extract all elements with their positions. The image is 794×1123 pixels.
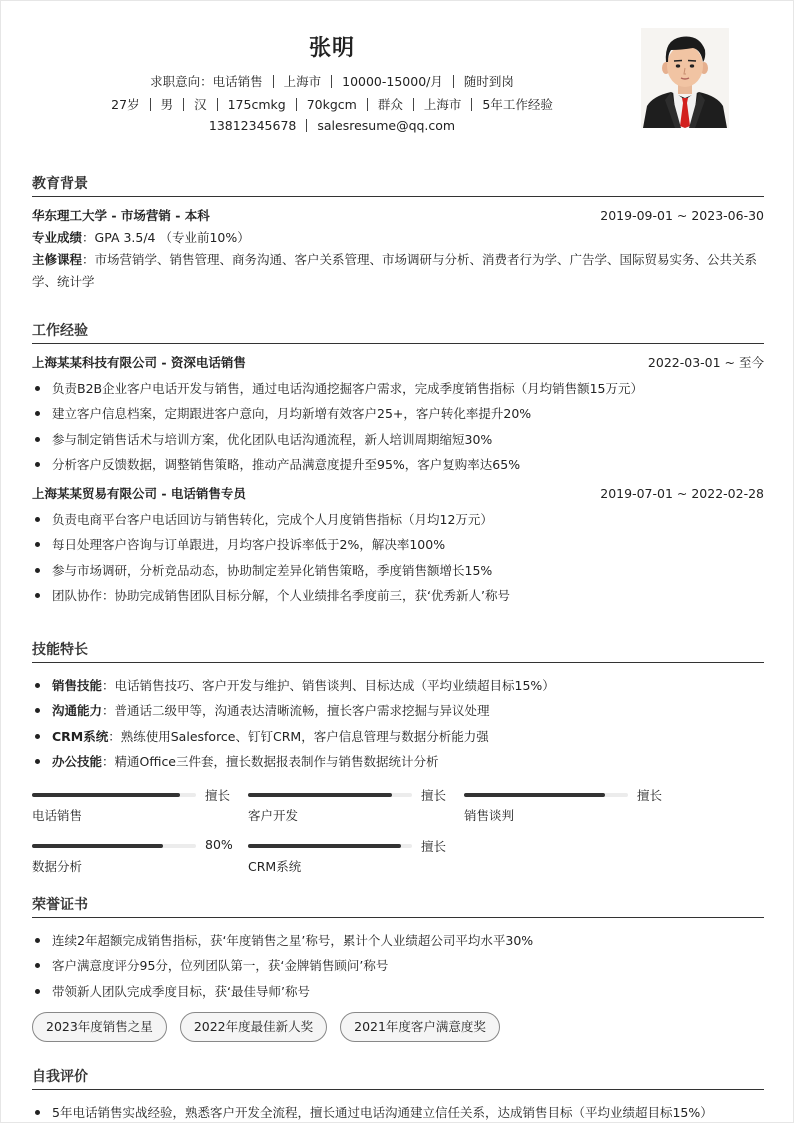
divider (217, 98, 218, 111)
divider (150, 98, 151, 111)
progress-track (32, 844, 196, 848)
divider (183, 98, 184, 111)
job-date: 2019-07-01 ~ 2022-02-28 (600, 483, 764, 505)
list-item: 销售技能：电话销售技巧、客户开发与维护、销售谈判、目标达成（平均业绩超目标15%… (32, 673, 764, 698)
job-bullets: 负责电商平台客户电话回访与销售转化，完成个人月度销售指标（月均12万元） 每日处… (32, 507, 764, 608)
experience-years: 5年工作经验 (482, 97, 552, 112)
list-item: 团队协作：协助完成销售团队目标分解，个人业绩排名季度前三，获‘优秀新人’称号 (32, 583, 764, 608)
list-item: 客户满意度评分95分，位列团队第一，获‘金牌销售顾问’称号 (32, 953, 764, 978)
skill-label: 沟通能力 (52, 703, 102, 718)
skill-name: 电话销售 (32, 806, 82, 824)
courses-line: 主修课程：市场营销学、销售管理、商务沟通、客户关系管理、市场调研与分析、消费者行… (32, 249, 764, 293)
education-entry-header: 华东理工大学 - 市场营销 - 本科 2019-09-01 ~ 2023-06-… (32, 205, 764, 227)
grade-line: 专业成绩：GPA 3.5/4 （专业前10%） (32, 227, 764, 249)
self-evaluation-section: 自我评价 5年电话销售实战经验，熟悉客户开发全流程，擅长通过电话沟通建立信任关系… (32, 1066, 764, 1123)
expected-salary: 10000-15000/月 (342, 74, 443, 89)
divider (296, 98, 297, 111)
divider (306, 119, 307, 132)
skill-label: 办公技能 (52, 754, 102, 769)
job-date: 2022-03-01 ~ 至今 (648, 352, 764, 374)
grade-label: 专业成绩 (32, 230, 82, 245)
phone-number: 13812345678 (209, 118, 296, 133)
skill-name: CRM系统 (248, 857, 301, 875)
skill-bar: 擅长 客户开发 (248, 787, 448, 829)
section-title: 工作经验 (32, 320, 764, 344)
avatar (641, 28, 729, 128)
resume-header: 张明 求职意向：电话销售上海市10000-15000/月随时到岗 27岁男汉17… (1, 1, 794, 151)
skills-section: 技能特长 销售技能：电话销售技巧、客户开发与维护、销售谈判、目标达成（平均业绩超… (32, 639, 764, 774)
weight: 70kgcm (307, 97, 357, 112)
skill-bar: 80% 数据分析 (32, 838, 232, 880)
list-item: 办公技能：精通Office三件套，擅长数据报表制作与销售数据统计分析 (32, 749, 764, 774)
company-position: 上海某某科技有限公司 - 资深电话销售 (32, 352, 246, 374)
availability: 随时到岗 (464, 74, 514, 89)
candidate-name: 张明 (1, 31, 663, 62)
ethnicity: 汉 (194, 97, 207, 112)
divider (273, 75, 274, 88)
skill-bullets: 销售技能：电话销售技巧、客户开发与维护、销售谈判、目标达成（平均业绩超目标15%… (32, 673, 764, 774)
contact-line: 13812345678salesresume@qq.com (1, 118, 663, 133)
avatar-illustration-icon (641, 28, 729, 128)
work-section: 工作经验 上海某某科技有限公司 - 资深电话销售 2022-03-01 ~ 至今… (32, 320, 764, 608)
progress-fill (32, 844, 163, 848)
list-item: 带领新人团队完成季度目标，获‘最佳导师’称号 (32, 979, 764, 1004)
skill-label: 销售技能 (52, 678, 102, 693)
skill-bar: 擅长 销售谈判 (464, 787, 664, 829)
skill-level: 80% (205, 837, 233, 852)
honors-section: 荣誉证书 连续2年超额完成销售指标，获‘年度销售之星’称号，累计个人业绩超公司平… (32, 894, 764, 1042)
skill-bar: 擅长 电话销售 (32, 787, 232, 829)
progress-fill (464, 793, 605, 797)
location: 上海市 (424, 97, 462, 112)
height: 175cmkg (228, 97, 286, 112)
progress-track (248, 793, 412, 797)
resume-page: 张明 求职意向：电话销售上海市10000-15000/月随时到岗 27岁男汉17… (0, 0, 794, 1123)
skill-name: 客户开发 (248, 806, 298, 824)
skill-level: 擅长 (421, 837, 446, 855)
honor-bullets: 连续2年超额完成销售指标，获‘年度销售之星’称号，累计个人业绩超公司平均水平30… (32, 928, 764, 1004)
skill-name: 销售谈判 (464, 806, 514, 824)
divider (413, 98, 414, 111)
email-address[interactable]: salesresume@qq.com (317, 118, 455, 133)
section-title: 荣誉证书 (32, 894, 764, 918)
list-item: 沟通能力：普通话二级甲等，沟通表达清晰流畅，擅长客户需求挖掘与异议处理 (32, 698, 764, 723)
intent-city: 上海市 (284, 74, 322, 89)
list-item: 参与制定销售话术与培训方案，优化团队电话沟通流程，新人培训周期缩短30% (32, 427, 764, 452)
political-status: 群众 (378, 97, 403, 112)
list-item: 负责电商平台客户电话回访与销售转化，完成个人月度销售指标（月均12万元） (32, 507, 764, 532)
divider (331, 75, 332, 88)
skill-text: ：电话销售技巧、客户开发与维护、销售谈判、目标达成（平均业绩超目标15%） (102, 678, 555, 693)
school-major-degree: 华东理工大学 - 市场营销 - 本科 (32, 205, 210, 227)
list-item: 参与市场调研，分析竞品动态，协助制定差异化销售策略，季度销售额增长15% (32, 558, 764, 583)
list-item: 负责B2B企业客户电话开发与销售，通过电话沟通挖掘客户需求，完成季度销售指标（月… (32, 376, 764, 401)
education-date: 2019-09-01 ~ 2023-06-30 (600, 205, 764, 227)
list-item: 连续2年超额完成销售指标，获‘年度销售之星’称号，累计个人业绩超公司平均水平30… (32, 928, 764, 953)
grade-value: ：GPA 3.5/4 （专业前10%） (82, 230, 250, 245)
section-title: 自我评价 (32, 1066, 764, 1090)
company-position: 上海某某贸易有限公司 - 电话销售专员 (32, 483, 246, 505)
list-item: 每日处理客户咨询与订单跟进，月均客户投诉率低于2%，解决率100% (32, 532, 764, 557)
section-title: 教育背景 (32, 173, 764, 197)
divider (367, 98, 368, 111)
award-badges: 2023年度销售之星 2022年度最佳新人奖 2021年度客户满意度奖 (32, 1012, 764, 1042)
skill-text: ：精通Office三件套，擅长数据报表制作与销售数据统计分析 (102, 754, 439, 769)
divider (453, 75, 454, 88)
skill-bar: 擅长 CRM系统 (248, 838, 448, 880)
skill-text: ：普通话二级甲等，沟通表达清晰流畅，擅长客户需求挖掘与异议处理 (102, 703, 490, 718)
list-item: 分析客户反馈数据，调整销售策略，推动产品满意度提升至95%，客户复购率达65% (32, 452, 764, 477)
progress-track (32, 793, 196, 797)
progress-fill (32, 793, 180, 797)
award-badge: 2023年度销售之星 (32, 1012, 167, 1042)
award-badge: 2022年度最佳新人奖 (180, 1012, 327, 1042)
skill-level: 擅长 (637, 786, 662, 804)
personal-info-line: 27岁男汉175cmkg70kgcm群众上海市5年工作经验 (1, 95, 663, 113)
list-item: CRM系统：熟练使用Salesforce、钉钉CRM，客户信息管理与数据分析能力… (32, 724, 764, 749)
progress-fill (248, 844, 401, 848)
divider (471, 98, 472, 111)
skill-level: 擅长 (421, 786, 446, 804)
progress-track (464, 793, 628, 797)
skill-label: CRM系统 (52, 729, 108, 744)
education-section: 教育背景 华东理工大学 - 市场营销 - 本科 2019-09-01 ~ 202… (32, 173, 764, 293)
gender: 男 (161, 97, 174, 112)
progress-track (248, 844, 412, 848)
award-badge: 2021年度客户满意度奖 (340, 1012, 500, 1042)
courses-label: 主修课程 (32, 252, 82, 267)
courses-value: ：市场营销学、销售管理、商务沟通、客户关系管理、市场调研与分析、消费者行为学、广… (32, 252, 757, 289)
job-bullets: 负责B2B企业客户电话开发与销售，通过电话沟通挖掘客户需求，完成季度销售指标（月… (32, 376, 764, 477)
self-eval-bullets: 5年电话销售实战经验，熟悉客户开发全流程，擅长通过电话沟通建立信任关系，达成销售… (32, 1100, 764, 1123)
job-header: 上海某某贸易有限公司 - 电话销售专员 2019-07-01 ~ 2022-02… (32, 483, 764, 505)
skill-bars: 擅长 电话销售 擅长 客户开发 擅长 销售谈判 80% 数据分析 擅长 CRM系… (32, 787, 764, 877)
job-intent-line: 求职意向：电话销售上海市10000-15000/月随时到岗 (1, 72, 663, 90)
skill-name: 数据分析 (32, 857, 82, 875)
section-title: 技能特长 (32, 639, 764, 663)
job-header: 上海某某科技有限公司 - 资深电话销售 2022-03-01 ~ 至今 (32, 352, 764, 374)
list-item: 建立客户信息档案，定期跟进客户意向，月均新增有效客户25+，客户转化率提升20% (32, 401, 764, 426)
skill-level: 擅长 (205, 786, 230, 804)
progress-fill (248, 793, 392, 797)
skill-text: ：熟练使用Salesforce、钉钉CRM，客户信息管理与数据分析能力强 (108, 729, 488, 744)
age: 27岁 (111, 97, 139, 112)
job-intent: 求职意向：电话销售 (150, 74, 263, 89)
list-item: 5年电话销售实战经验，熟悉客户开发全流程，擅长通过电话沟通建立信任关系，达成销售… (32, 1100, 764, 1123)
